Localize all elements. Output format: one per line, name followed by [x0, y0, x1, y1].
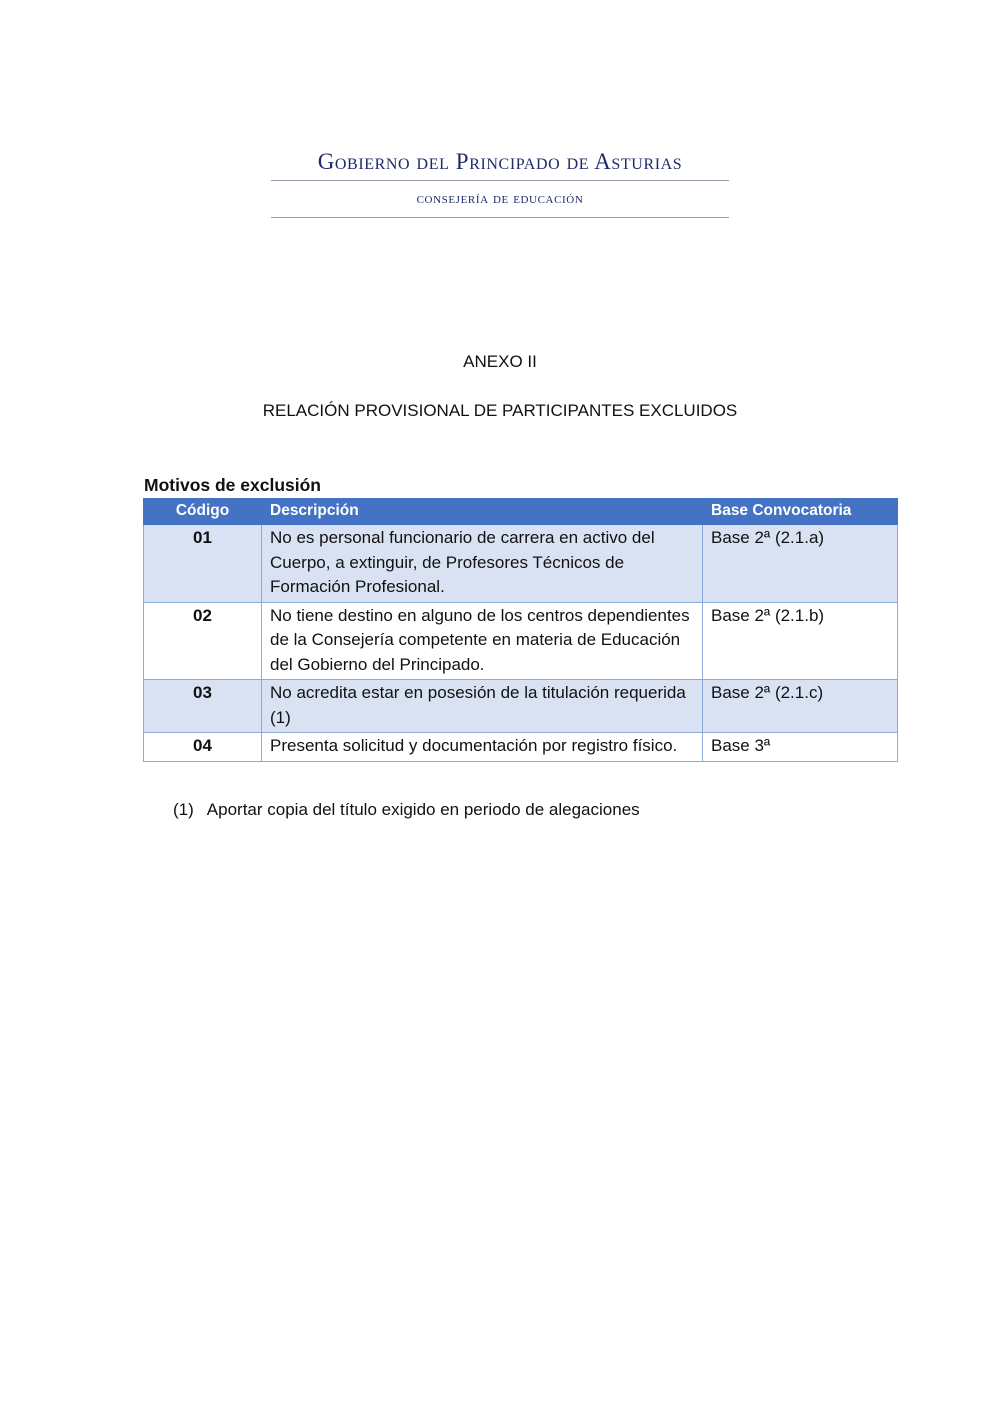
- cell-code: 01: [144, 525, 262, 603]
- government-name: Gobierno del Principado de Asturias: [271, 144, 729, 180]
- table-row: 02 No tiene destino en alguno de los cen…: [144, 602, 898, 680]
- cell-base: Base 2ª (2.1.c): [703, 680, 898, 733]
- document-title: RELACIÓN PROVISIONAL DE PARTICIPANTES EX…: [0, 401, 1000, 421]
- department-name: CONSEJERÍA DE EDUCACIÓN: [271, 181, 729, 217]
- cell-base: Base 3ª: [703, 733, 898, 762]
- annex-heading: ANEXO II: [0, 352, 1000, 372]
- cell-base: Base 2ª (2.1.a): [703, 525, 898, 603]
- table-row: 03 No acredita estar en posesión de la t…: [144, 680, 898, 733]
- cell-code: 04: [144, 733, 262, 762]
- footnote: (1) Aportar copia del título exigido en …: [173, 800, 640, 820]
- column-header-code: Código: [144, 499, 262, 525]
- section-title: Motivos de exclusión: [144, 475, 321, 496]
- cell-description: Presenta solicitud y documentación por r…: [262, 733, 703, 762]
- table-row: 01 No es personal funcionario de carrera…: [144, 525, 898, 603]
- footnote-text: Aportar copia del título exigido en peri…: [207, 800, 640, 819]
- exclusion-reasons-table: Código Descripción Base Convocatoria 01 …: [143, 498, 898, 762]
- cell-description: No es personal funcionario de carrera en…: [262, 525, 703, 603]
- footnote-marker: (1): [173, 800, 203, 820]
- table-row: 04 Presenta solicitud y documentación po…: [144, 733, 898, 762]
- column-header-description: Descripción: [262, 499, 703, 525]
- cell-description: No tiene destino en alguno de los centro…: [262, 602, 703, 680]
- column-header-base: Base Convocatoria: [703, 499, 898, 525]
- cell-description: No acredita estar en posesión de la titu…: [262, 680, 703, 733]
- institution-logo: Gobierno del Principado de Asturias CONS…: [271, 140, 729, 218]
- cell-base: Base 2ª (2.1.b): [703, 602, 898, 680]
- cell-code: 02: [144, 602, 262, 680]
- cell-code: 03: [144, 680, 262, 733]
- table-header-row: Código Descripción Base Convocatoria: [144, 499, 898, 525]
- logo-divider-bottom: [271, 217, 729, 218]
